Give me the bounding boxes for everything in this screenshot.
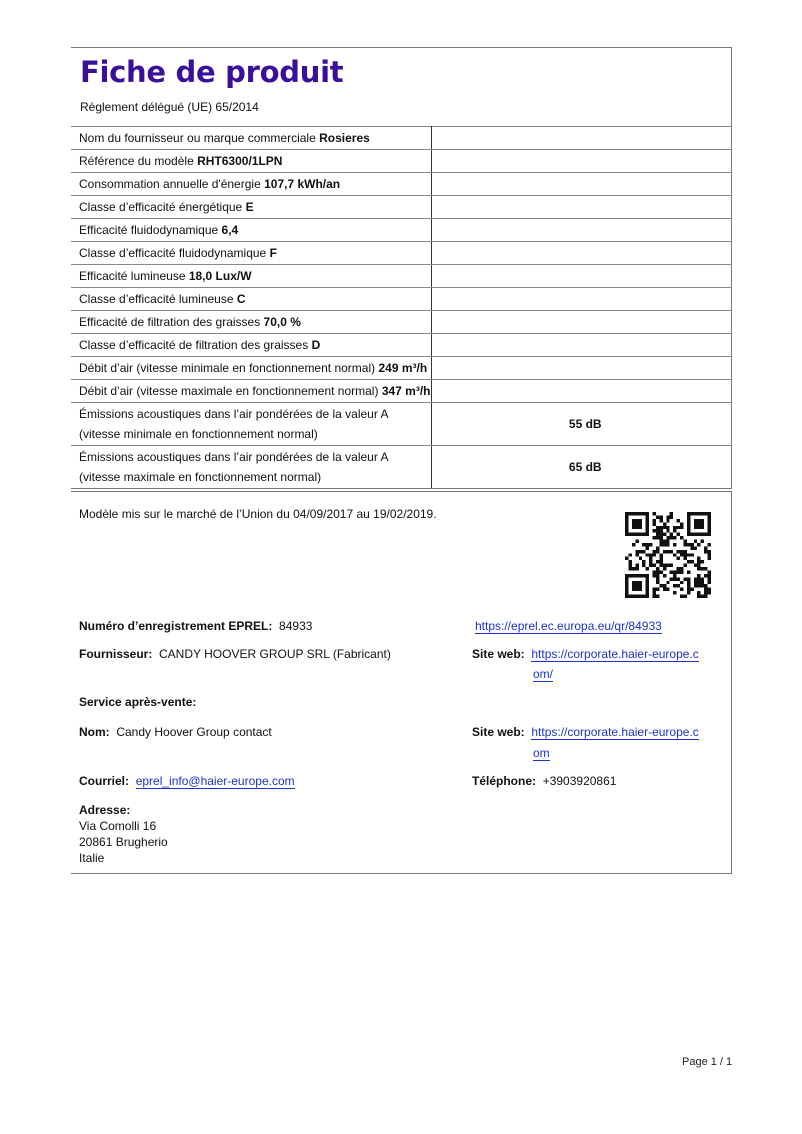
page-title: Fiche de produit bbox=[80, 52, 731, 92]
noise-label-line2: (vitesse minimale en fonctionnement norm… bbox=[79, 424, 431, 444]
spec-empty-cell bbox=[431, 357, 731, 380]
noise-label: Émissions acoustiques dans l’air pondéré… bbox=[71, 446, 431, 489]
eprel-label: Numéro d’enregistrement EPREL: bbox=[79, 619, 272, 633]
spec-row: Classe d’efficacité énergétique E bbox=[71, 196, 731, 219]
phone-label: Téléphone: bbox=[472, 774, 536, 788]
spec-label-text: Référence du modèle bbox=[79, 154, 194, 168]
spec-value: 249 m³/h bbox=[378, 361, 427, 375]
service-web-row-cont: om bbox=[533, 743, 550, 763]
spec-value: 6,4 bbox=[222, 223, 239, 237]
spec-label: Débit d’air (vitesse maximale en fonctio… bbox=[71, 380, 431, 403]
supplier-web-row-cont: om/ bbox=[533, 664, 553, 684]
spec-empty-cell bbox=[431, 196, 731, 219]
supplier-web-link-cont[interactable]: om/ bbox=[533, 667, 553, 682]
spec-label: Débit d’air (vitesse minimale en fonctio… bbox=[71, 357, 431, 380]
spec-value: RHT6300/1LPN bbox=[197, 154, 282, 168]
spec-row: Classe d’efficacité lumineuse C bbox=[71, 288, 731, 311]
noise-value: 55 dB bbox=[431, 403, 731, 446]
spec-label: Efficacité de filtration des graisses 70… bbox=[71, 311, 431, 334]
service-web-link[interactable]: https://corporate.haier-europe.c bbox=[531, 725, 698, 740]
address-label: Adresse: bbox=[79, 800, 130, 820]
spec-empty-cell bbox=[431, 380, 731, 403]
supplier-row: Fournisseur: CANDY HOOVER GROUP SRL (Fab… bbox=[79, 644, 391, 664]
noise-label-line1: Émissions acoustiques dans l’air pondéré… bbox=[79, 404, 431, 424]
spec-row: Débit d’air (vitesse maximale en fonctio… bbox=[71, 380, 731, 403]
service-web-link-cont[interactable]: om bbox=[533, 746, 550, 761]
service-name-label: Nom: bbox=[79, 725, 110, 739]
email-link[interactable]: eprel_info@haier-europe.com bbox=[136, 774, 295, 789]
service-web-row: Site web: https://corporate.haier-europe… bbox=[472, 722, 699, 742]
spec-value: F bbox=[270, 246, 277, 260]
address-line-3: Italie bbox=[79, 850, 104, 866]
noise-label-line2: (vitesse maximale en fonctionnement norm… bbox=[79, 467, 431, 487]
address-line-2: 20861 Brugherio bbox=[79, 834, 168, 850]
spec-label-text: Consommation annuelle d'énergie bbox=[79, 177, 261, 191]
spec-label-text: Efficacité fluidodynamique bbox=[79, 223, 218, 237]
noise-row: Émissions acoustiques dans l’air pondéré… bbox=[71, 403, 731, 446]
spec-row: Nom du fournisseur ou marque commerciale… bbox=[71, 127, 731, 150]
spec-label: Classe d’efficacité de filtration des gr… bbox=[71, 334, 431, 357]
spec-value: 347 m³/h bbox=[382, 384, 431, 398]
spec-label-text: Efficacité lumineuse bbox=[79, 269, 186, 283]
spec-value: 70,0 % bbox=[264, 315, 301, 329]
spec-label-text: Débit d’air (vitesse minimale en fonctio… bbox=[79, 361, 375, 375]
spec-label: Classe d’efficacité lumineuse C bbox=[71, 288, 431, 311]
spec-label: Consommation annuelle d'énergie 107,7 kW… bbox=[71, 173, 431, 196]
spec-row: Efficacité de filtration des graisses 70… bbox=[71, 311, 731, 334]
eprel-link-wrap: https://eprel.ec.europa.eu/qr/84933 bbox=[475, 616, 662, 636]
spec-value: 107,7 kWh/an bbox=[264, 177, 340, 191]
spec-row: Débit d’air (vitesse minimale en fonctio… bbox=[71, 357, 731, 380]
spec-label-text: Classe d’efficacité fluidodynamique bbox=[79, 246, 266, 260]
noise-label-line1: Émissions acoustiques dans l’air pondéré… bbox=[79, 447, 431, 467]
service-name-row: Nom: Candy Hoover Group contact bbox=[79, 722, 272, 742]
spec-empty-cell bbox=[431, 219, 731, 242]
service-heading: Service après-vente: bbox=[79, 692, 196, 712]
page-number: Page 1 / 1 bbox=[682, 1056, 732, 1068]
noise-label: Émissions acoustiques dans l’air pondéré… bbox=[71, 403, 431, 446]
spec-row: Classe d’efficacité fluidodynamique F bbox=[71, 242, 731, 265]
spec-empty-cell bbox=[431, 150, 731, 173]
noise-row: Émissions acoustiques dans l’air pondéré… bbox=[71, 446, 731, 489]
service-web-label: Site web: bbox=[472, 725, 525, 739]
spec-label-text: Classe d’efficacité énergétique bbox=[79, 200, 242, 214]
service-name: Candy Hoover Group contact bbox=[116, 725, 271, 739]
spec-value: C bbox=[237, 292, 246, 306]
supplier-info-box: Modèle mis sur le marché de l’Union du 0… bbox=[71, 491, 732, 874]
supplier-name: CANDY HOOVER GROUP SRL (Fabricant) bbox=[159, 647, 391, 661]
spec-value: 18,0 Lux/W bbox=[189, 269, 252, 283]
spec-row: Consommation annuelle d'énergie 107,7 kW… bbox=[71, 173, 731, 196]
spec-label: Nom du fournisseur ou marque commerciale… bbox=[71, 127, 431, 150]
spec-label: Efficacité fluidodynamique 6,4 bbox=[71, 219, 431, 242]
spec-label-text: Débit d’air (vitesse maximale en fonctio… bbox=[79, 384, 378, 398]
supplier-web-label: Site web: bbox=[472, 647, 525, 661]
spec-row: Classe d’efficacité de filtration des gr… bbox=[71, 334, 731, 357]
spec-table: Nom du fournisseur ou marque commerciale… bbox=[71, 126, 731, 488]
spec-empty-cell bbox=[431, 265, 731, 288]
spec-label: Efficacité lumineuse 18,0 Lux/W bbox=[71, 265, 431, 288]
spec-label-text: Efficacité de filtration des graisses bbox=[79, 315, 260, 329]
supplier-web-row: Site web: https://corporate.haier-europe… bbox=[472, 644, 699, 664]
spec-label-text: Classe d’efficacité lumineuse bbox=[79, 292, 234, 306]
spec-empty-cell bbox=[431, 334, 731, 357]
qr-code-icon[interactable] bbox=[625, 512, 711, 598]
regulation-reference: Règlement délégué (UE) 65/2014 bbox=[80, 100, 731, 122]
eprel-number: 84933 bbox=[279, 619, 312, 633]
noise-value: 65 dB bbox=[431, 446, 731, 489]
spec-empty-cell bbox=[431, 288, 731, 311]
spec-empty-cell bbox=[431, 311, 731, 334]
spec-value: D bbox=[312, 338, 321, 352]
spec-empty-cell bbox=[431, 242, 731, 265]
eprel-link[interactable]: https://eprel.ec.europa.eu/qr/84933 bbox=[475, 619, 662, 634]
service-phone-row: Téléphone: +3903920861 bbox=[472, 771, 616, 791]
spec-row: Référence du modèle RHT6300/1LPN bbox=[71, 150, 731, 173]
spec-label: Classe d’efficacité énergétique E bbox=[71, 196, 431, 219]
spec-label: Classe d’efficacité fluidodynamique F bbox=[71, 242, 431, 265]
spec-label-text: Classe d’efficacité de filtration des gr… bbox=[79, 338, 308, 352]
spec-value: Rosieres bbox=[319, 131, 370, 145]
spec-empty-cell bbox=[431, 173, 731, 196]
spec-row: Efficacité fluidodynamique 6,4 bbox=[71, 219, 731, 242]
supplier-label: Fournisseur: bbox=[79, 647, 152, 661]
spec-label: Référence du modèle RHT6300/1LPN bbox=[71, 150, 431, 173]
address-line-1: Via Comolli 16 bbox=[79, 818, 156, 834]
supplier-web-link[interactable]: https://corporate.haier-europe.c bbox=[531, 647, 698, 662]
eprel-registration: Numéro d’enregistrement EPREL: 84933 bbox=[79, 616, 312, 636]
spec-row: Efficacité lumineuse 18,0 Lux/W bbox=[71, 265, 731, 288]
product-sheet-box: Fiche de produit Règlement délégué (UE) … bbox=[71, 47, 732, 489]
spec-label-text: Nom du fournisseur ou marque commerciale bbox=[79, 131, 316, 145]
market-statement: Modèle mis sur le marché de l’Union du 0… bbox=[79, 504, 437, 524]
phone-number: +3903920861 bbox=[543, 774, 617, 788]
spec-empty-cell bbox=[431, 127, 731, 150]
email-label: Courriel: bbox=[79, 774, 129, 788]
service-email-row: Courriel: eprel_info@haier-europe.com bbox=[79, 771, 295, 791]
spec-value: E bbox=[246, 200, 254, 214]
